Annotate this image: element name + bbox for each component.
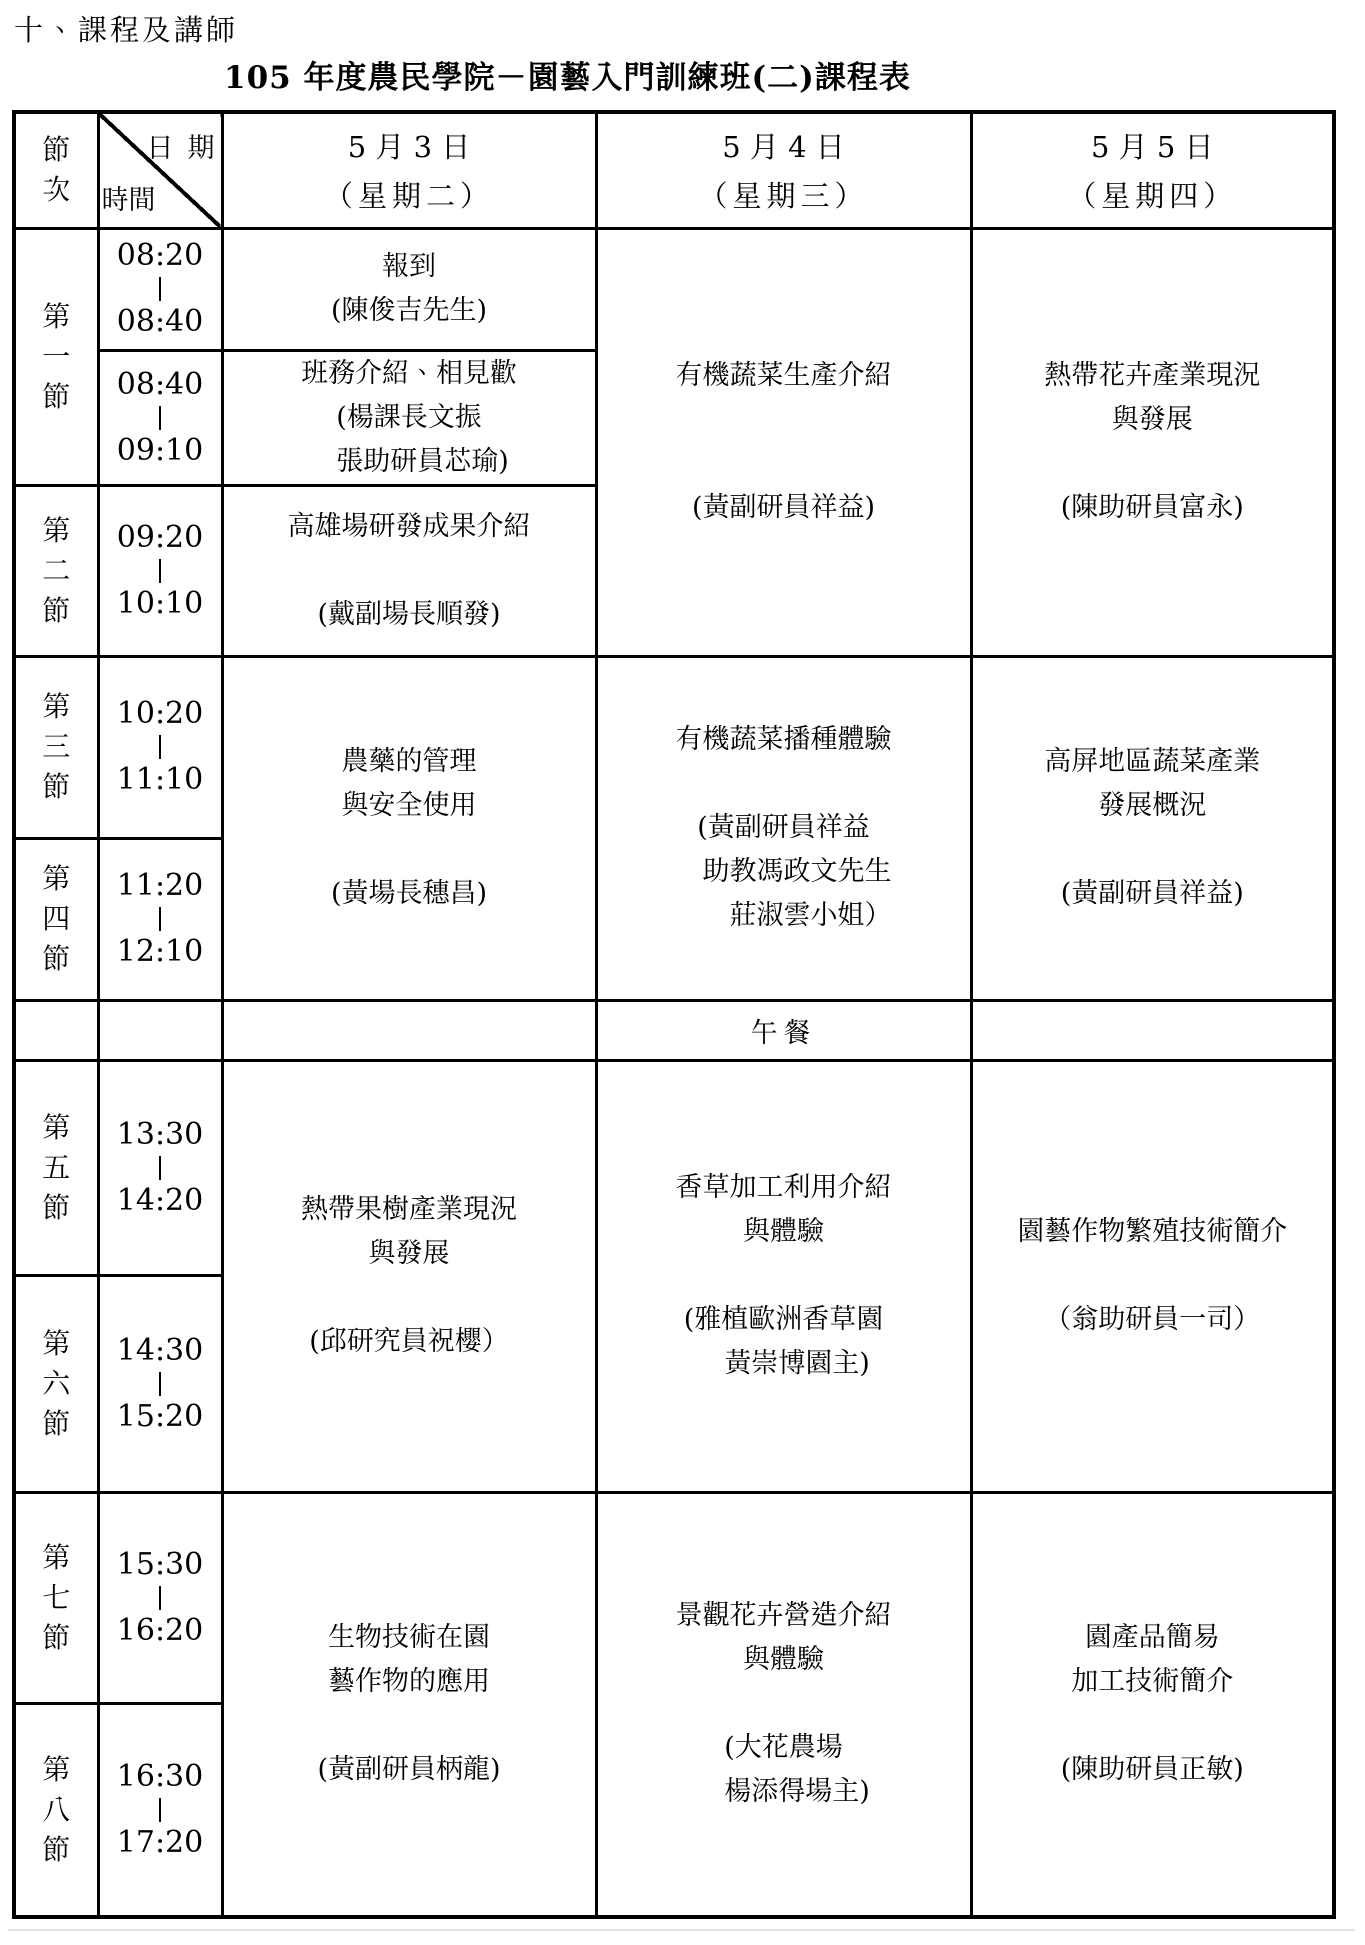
time-start: 15:30 xyxy=(100,1548,221,1582)
course-cell-may5-product-processing: 園產品簡易加工技術簡介(陳助研員正敏) xyxy=(971,1492,1334,1917)
day-header-may3: 5 月 3 日 （星期二） xyxy=(222,112,596,228)
text-line xyxy=(598,1254,970,1298)
text-line: 黃崇博園主) xyxy=(598,1342,970,1386)
text-line: 張助研員芯瑜) xyxy=(224,440,595,484)
text-line: (雅植歐洲香草園 xyxy=(598,1298,970,1342)
text-line: 高屏地區蔬菜產業 xyxy=(973,740,1333,784)
lunch-cell: 午餐 xyxy=(596,1000,971,1060)
course-cell-may3-tropical-fruit: 熱帶果樹產業現況與發展(邱研究員祝櫻） xyxy=(222,1060,596,1492)
stacked-char: 七 xyxy=(16,1578,97,1618)
text-line xyxy=(973,1254,1333,1298)
time-range-divider xyxy=(159,1798,161,1822)
stacked-char: 次 xyxy=(16,170,97,210)
text-line: 報到 xyxy=(224,245,595,289)
day-date: 5 月 5 日 xyxy=(973,121,1333,173)
document-page: 十、課程及講師 105 年度農民學院－園藝入門訓練班(二)課程表 節次 日期 時… xyxy=(0,0,1365,1945)
stacked-char: 六 xyxy=(16,1364,97,1404)
stacked-char: 第 xyxy=(16,687,97,727)
stacked-char: 三 xyxy=(16,727,97,767)
period-cell-3: 第三節 xyxy=(14,656,98,838)
text-line xyxy=(224,549,595,593)
day-header-may5: 5 月 5 日 （星期四） xyxy=(971,112,1334,228)
time-start: 14:30 xyxy=(100,1334,221,1368)
text-line: 農藥的管理 xyxy=(224,740,595,784)
time-end: 12:10 xyxy=(100,935,221,969)
course-cell-may5-tropical-flower: 熱帶花卉產業現況與發展(陳助研員富永) xyxy=(971,228,1334,656)
text-line: (陳俊吉先生) xyxy=(224,289,595,333)
text-line: 與發展 xyxy=(224,1232,595,1276)
text-line: (邱研究員祝櫻） xyxy=(224,1320,595,1364)
time-cell-6: 14:30 15:20 xyxy=(98,1275,222,1492)
text-line: 楊添得場主) xyxy=(598,1770,970,1814)
course-cell-may3-pesticide-safety: 農藥的管理與安全使用(黃場長穗昌) xyxy=(222,656,596,1000)
text-line: (黃副研員柄龍) xyxy=(224,1748,595,1792)
text-line xyxy=(973,828,1333,872)
stacked-char: 節 xyxy=(16,767,97,807)
stacked-char: 第 xyxy=(16,1750,97,1790)
text-line xyxy=(973,442,1333,486)
period-cell-6: 第六節 xyxy=(14,1275,98,1492)
day-weekday: （星期三） xyxy=(598,173,970,219)
stacked-char: 八 xyxy=(16,1790,97,1830)
text-line: (黃場長穗昌) xyxy=(224,872,595,916)
stacked-char: 第 xyxy=(16,1108,97,1148)
time-start: 09:20 xyxy=(100,521,221,555)
time-end: 14:20 xyxy=(100,1184,221,1218)
time-range-divider xyxy=(159,559,161,583)
text-line: (黃副研員祥益) xyxy=(973,872,1333,916)
time-end: 15:20 xyxy=(100,1400,221,1434)
text-line xyxy=(973,1704,1333,1748)
page-title: 105 年度農民學院－園藝入門訓練班(二)課程表 xyxy=(224,52,911,97)
stacked-char: 四 xyxy=(16,899,97,939)
text-line: 加工技術簡介 xyxy=(973,1660,1333,1704)
text-line: 與體驗 xyxy=(598,1210,970,1254)
time-end: 10:10 xyxy=(100,587,221,621)
text-line: 生物技術在園 xyxy=(224,1616,595,1660)
course-cell-may4-organic-veg-intro: 有機蔬菜生產介紹(黃副研員祥益) xyxy=(596,228,971,656)
time-start: 08:20 xyxy=(100,239,221,273)
course-schedule-table: 節次 日期 時間 5 月 3 日 （星期二） 5 月 4 日 （星期三） 5 月… xyxy=(12,110,1336,1919)
text-line: 園產品簡易 xyxy=(973,1616,1333,1660)
time-cell-8: 16:30 17:20 xyxy=(98,1703,222,1917)
time-range-divider xyxy=(159,735,161,759)
time-range-divider xyxy=(159,1372,161,1396)
time-end: 11:10 xyxy=(100,763,221,797)
course-cell-may3-checkin: 報到(陳俊吉先生) xyxy=(222,228,596,350)
period-cell-4: 第四節 xyxy=(14,838,98,1000)
text-line xyxy=(598,398,970,442)
text-line: 與發展 xyxy=(973,398,1333,442)
stacked-char: 節 xyxy=(16,1404,97,1444)
time-cell-3: 10:20 11:10 xyxy=(98,656,222,838)
course-cell-may4-herb-processing: 香草加工利用介紹與體驗(雅植歐洲香草園 黃崇博園主) xyxy=(596,1060,971,1492)
table-row: 第三節 10:20 11:10 農藥的管理與安全使用(黃場長穗昌) 有機蔬菜播種… xyxy=(14,656,1334,838)
stacked-char: 第 xyxy=(16,1324,97,1364)
text-line: 藝作物的應用 xyxy=(224,1660,595,1704)
period-cell-8: 第八節 xyxy=(14,1703,98,1917)
text-line: （翁助研員一司） xyxy=(973,1298,1333,1342)
table-row: 第七節 15:30 16:20 生物技術在園藝作物的應用(黃副研員柄龍) 景觀花… xyxy=(14,1492,1334,1703)
period-cell-1: 第一節 xyxy=(14,228,98,485)
lunch-empty-time xyxy=(98,1000,222,1060)
table-row: 第一節 08:20 08:40 報到(陳俊吉先生) 有機蔬菜生產介紹(黃副研員祥… xyxy=(14,228,1334,350)
date-time-diagonal-header: 日期 時間 xyxy=(98,112,222,228)
day-weekday: （星期二） xyxy=(224,173,595,219)
lunch-empty-may5 xyxy=(971,1000,1334,1060)
time-range-divider xyxy=(159,907,161,931)
time-range-divider xyxy=(159,277,161,301)
period-column-header: 節次 xyxy=(14,112,98,228)
stacked-char: 節 xyxy=(16,377,97,417)
stacked-char: 節 xyxy=(16,939,97,979)
stacked-char: 五 xyxy=(16,1148,97,1188)
time-end: 08:40 xyxy=(100,305,221,339)
course-cell-may3-orientation: 班務介紹、相見歡(楊課長文振 張助研員芯瑜) xyxy=(222,350,596,485)
text-line xyxy=(224,828,595,872)
lunch-empty-period xyxy=(14,1000,98,1060)
time-start: 10:20 xyxy=(100,697,221,731)
time-end: 09:10 xyxy=(100,434,221,468)
text-line xyxy=(598,442,970,486)
time-cell-1b: 08:40 09:10 xyxy=(98,350,222,485)
stacked-char: 一 xyxy=(16,337,97,377)
time-start: 11:20 xyxy=(100,869,221,903)
time-start: 13:30 xyxy=(100,1118,221,1152)
text-line: (陳助研員正敏) xyxy=(973,1748,1333,1792)
stacked-char: 第 xyxy=(16,859,97,899)
table-header-row: 節次 日期 時間 5 月 3 日 （星期二） 5 月 4 日 （星期三） 5 月… xyxy=(14,112,1334,228)
time-cell-1a: 08:20 08:40 xyxy=(98,228,222,350)
text-line: 園藝作物繁殖技術簡介 xyxy=(973,1210,1333,1254)
time-cell-5: 13:30 14:20 xyxy=(98,1060,222,1275)
text-line: 香草加工利用介紹 xyxy=(598,1166,970,1210)
text-line: 與體驗 xyxy=(598,1638,970,1682)
text-line: 高雄場研發成果介紹 xyxy=(224,505,595,549)
course-cell-may5-veg-industry: 高屏地區蔬菜產業發展概況(黃副研員祥益) xyxy=(971,656,1334,1000)
text-line: (楊課長文振 xyxy=(224,396,595,440)
scan-edge-artifact xyxy=(8,1929,1355,1931)
stacked-char: 二 xyxy=(16,551,97,591)
text-line: 發展概況 xyxy=(973,784,1333,828)
text-line: 莊淑雲小姐） xyxy=(598,894,970,938)
time-end: 17:20 xyxy=(100,1826,221,1860)
course-cell-may4-organic-veg-seeding: 有機蔬菜播種體驗(黃副研員祥益 助教馮政文先生 莊淑雲小姐） xyxy=(596,656,971,1000)
time-range-divider xyxy=(159,406,161,430)
text-line xyxy=(224,1276,595,1320)
day-date: 5 月 4 日 xyxy=(598,121,970,173)
lunch-empty-may3 xyxy=(222,1000,596,1060)
day-header-may4: 5 月 4 日 （星期三） xyxy=(596,112,971,228)
text-line: (黃副研員祥益 xyxy=(598,806,970,850)
stacked-char: 第 xyxy=(16,511,97,551)
stacked-char: 第 xyxy=(16,1538,97,1578)
text-line: 有機蔬菜播種體驗 xyxy=(598,718,970,762)
text-line: (戴副場長順發) xyxy=(224,593,595,637)
time-start: 16:30 xyxy=(100,1760,221,1794)
text-line: 熱帶果樹產業現況 xyxy=(224,1188,595,1232)
period-cell-2: 第二節 xyxy=(14,485,98,656)
course-cell-may3-kaohsiung-rd-results: 高雄場研發成果介紹(戴副場長順發) xyxy=(222,485,596,656)
time-range-divider xyxy=(159,1156,161,1180)
time-range-divider xyxy=(159,1586,161,1610)
stacked-char: 第 xyxy=(16,297,97,337)
day-weekday: （星期四） xyxy=(973,173,1333,219)
text-line: (大花農場 xyxy=(598,1726,970,1770)
time-start: 08:40 xyxy=(100,368,221,402)
stacked-char: 節 xyxy=(16,1618,97,1658)
stacked-char: 節 xyxy=(16,591,97,631)
text-line xyxy=(598,1682,970,1726)
date-label: 日期 xyxy=(147,126,223,165)
stacked-char: 節 xyxy=(16,1188,97,1228)
course-cell-may5-propagation-tech: 園藝作物繁殖技術簡介（翁助研員一司） xyxy=(971,1060,1334,1492)
stacked-char: 節 xyxy=(16,1830,97,1870)
period-cell-5: 第五節 xyxy=(14,1060,98,1275)
text-line: 與安全使用 xyxy=(224,784,595,828)
section-label: 十、課程及講師 xyxy=(14,8,238,49)
time-end: 16:20 xyxy=(100,1614,221,1648)
text-line xyxy=(224,1704,595,1748)
text-line: 助教馮政文先生 xyxy=(598,850,970,894)
day-date: 5 月 3 日 xyxy=(224,121,595,173)
text-line: 有機蔬菜生產介紹 xyxy=(598,354,970,398)
lunch-row: 午餐 xyxy=(14,1000,1334,1060)
course-cell-may3-biotech: 生物技術在園藝作物的應用(黃副研員柄龍) xyxy=(222,1492,596,1917)
time-label: 時間 xyxy=(102,178,156,217)
stacked-char: 節 xyxy=(16,130,97,170)
text-line: 景觀花卉營造介紹 xyxy=(598,1594,970,1638)
course-cell-may4-landscape-flower: 景觀花卉營造介紹與體驗(大花農場 楊添得場主) xyxy=(596,1492,971,1917)
text-line: (黃副研員祥益) xyxy=(598,486,970,530)
time-cell-2: 09:20 10:10 xyxy=(98,485,222,656)
time-cell-4: 11:20 12:10 xyxy=(98,838,222,1000)
text-line: 班務介紹、相見歡 xyxy=(224,352,595,396)
text-line xyxy=(598,762,970,806)
table-row: 第五節 13:30 14:20 熱帶果樹產業現況與發展(邱研究員祝櫻） 香草加工… xyxy=(14,1060,1334,1275)
text-line: (陳助研員富永) xyxy=(973,486,1333,530)
time-cell-7: 15:30 16:20 xyxy=(98,1492,222,1703)
period-cell-7: 第七節 xyxy=(14,1492,98,1703)
text-line: 熱帶花卉產業現況 xyxy=(973,354,1333,398)
